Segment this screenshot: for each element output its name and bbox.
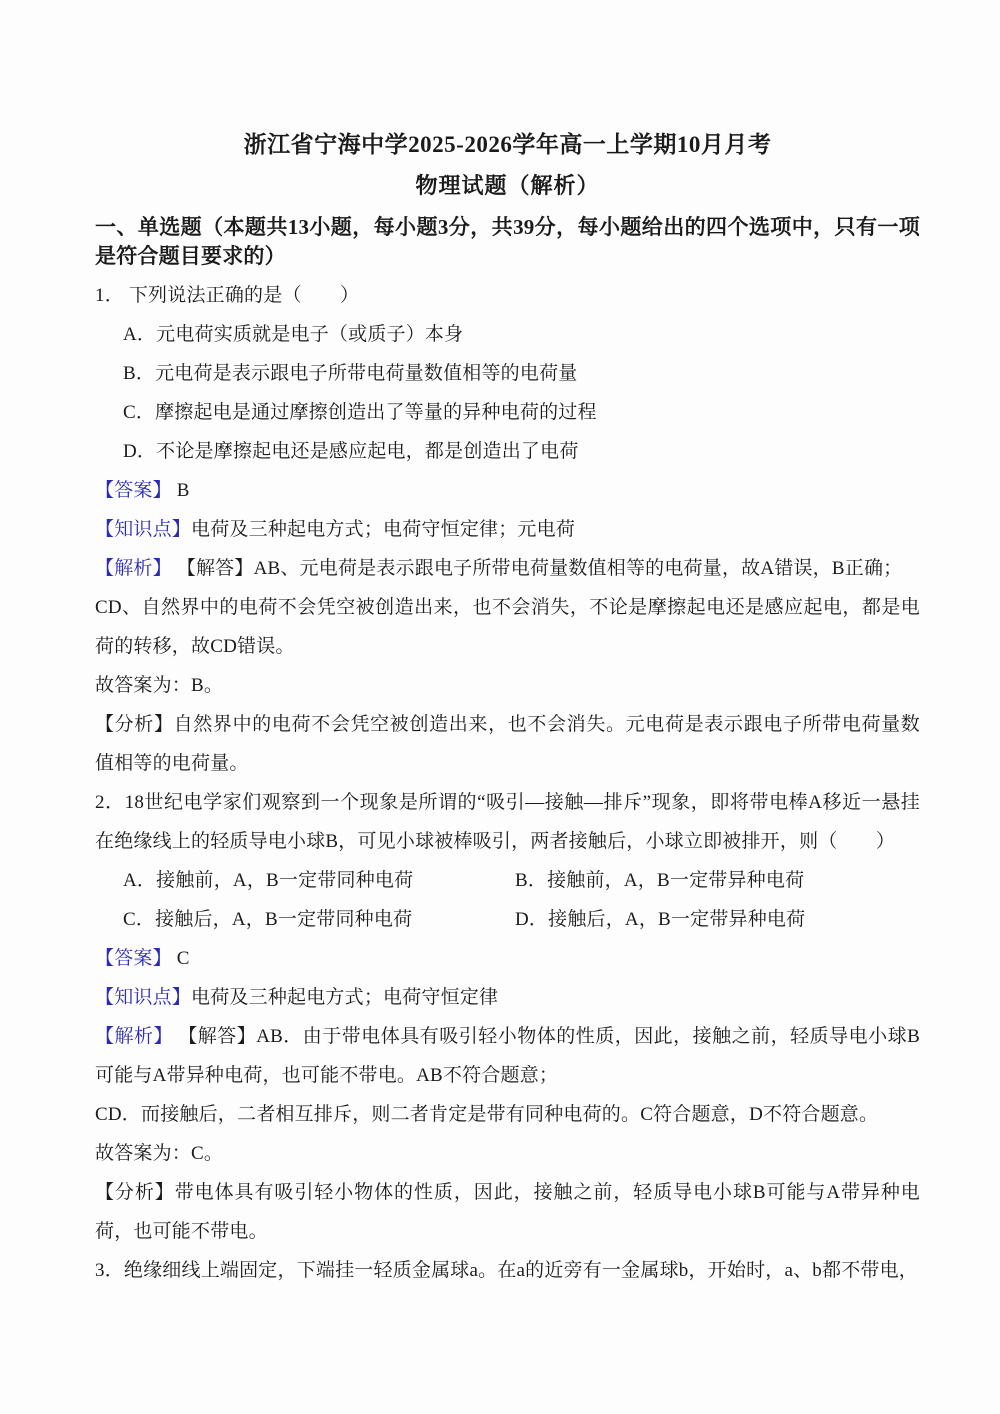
document-content: 1． 下列说法正确的是（ ）A．元电荷实质就是电子（或质子）本身B．元电荷是表示… — [95, 276, 920, 1290]
text-segment: CD．而接触后，二者相互排斥，则二者肯定是带有同种电荷的。C符合题意，D不符合题… — [95, 1104, 878, 1125]
analysis-paragraph: 【分析】带电体具有吸引轻小物体的性质，因此，接触之前，轻质导电小球B可能与A带异… — [95, 1173, 920, 1251]
text-segment: A．元电荷实质就是电子（或质子）本身 — [123, 324, 463, 345]
text-segment: B — [172, 480, 190, 501]
text-segment: D．不论是摩擦起电还是感应起电，都是创造出了电荷 — [123, 441, 579, 462]
text-segment: 【分析】自然界中的电荷不会凭空被创造出来，也不会消失。元电荷是表示跟电子所带电荷… — [95, 714, 920, 774]
text-segment: 故答案为：B。 — [95, 675, 223, 696]
text-segment: CD、自然界中的电荷不会凭空被创造出来，也不会消失，不论是摩擦起电还是感应起电，… — [95, 597, 920, 657]
tag-label: 【答案】 — [95, 948, 172, 969]
text-segment: 【解答】AB．由于带电体具有吸引轻小物体的性质，因此，接触之前，轻质导电小球B可… — [95, 1026, 920, 1086]
tag-label: 【知识点】 — [95, 987, 191, 1008]
option-item: B．元电荷是表示跟电子所带电荷量数值相等的电荷量 — [95, 354, 920, 393]
option-item-left: A．接触前，A，B一定带同种电荷 — [123, 861, 515, 900]
text-segment: 1． 下列说法正确的是（ ） — [95, 285, 359, 306]
text-segment: C — [172, 948, 190, 969]
question-paragraph: 3．绝缘细线上端固定，下端挂一轻质金属球a。在a的近旁有一金属球b，开始时，a、… — [95, 1251, 920, 1290]
text-segment: 电荷及三种起电方式；电荷守恒定律；元电荷 — [191, 519, 575, 540]
option-item-right: B．接触前，A，B一定带异种电荷 — [515, 861, 920, 900]
option-item: A．元电荷实质就是电子（或质子）本身 — [95, 315, 920, 354]
tag-label: 【解析】 — [95, 558, 172, 579]
analysis-paragraph: 【分析】自然界中的电荷不会凭空被创造出来，也不会消失。元电荷是表示跟电子所带电荷… — [95, 705, 920, 783]
tag-label: 【答案】 — [95, 480, 172, 501]
text-segment: 2．18世纪电学家们观察到一个现象是所谓的“吸引—接触—排斥”现象，即将带电棒A… — [95, 792, 920, 852]
text-segment: 3．绝缘细线上端固定，下端挂一轻质金属球a。在a的近旁有一金属球b，开始时，a、… — [95, 1260, 918, 1281]
body-paragraph: CD、自然界中的电荷不会凭空被创造出来，也不会消失，不论是摩擦起电还是感应起电，… — [95, 588, 920, 666]
body-paragraph: 故答案为：B。 — [95, 666, 920, 705]
text-segment: 【解答】AB、元电荷是表示跟电子所带电荷量数值相等的电荷量，故A错误，B正确； — [172, 558, 903, 579]
exam-document-page: 浙江省宁海中学2025-2026学年高一上学期10月月考 物理试题（解析） 一、… — [0, 0, 1000, 1414]
section-heading: 一、单选题（本题共13小题，每小题3分，共39分，每小题给出的四个选项中，只有一… — [95, 213, 920, 271]
document-subtitle: 物理试题（解析） — [95, 172, 920, 200]
text-segment: B．元电荷是表示跟电子所带电荷量数值相等的电荷量 — [123, 363, 577, 384]
option-item: D．不论是摩擦起电还是感应起电，都是创造出了电荷 — [95, 432, 920, 471]
option-item: C．摩擦起电是通过摩擦创造出了等量的异种电荷的过程 — [95, 393, 920, 432]
body-paragraph: CD．而接触后，二者相互排斥，则二者肯定是带有同种电荷的。C符合题意，D不符合题… — [95, 1095, 920, 1134]
document-title: 浙江省宁海中学2025-2026学年高一上学期10月月考 — [95, 130, 920, 160]
option-pair-row: C．接触后，A，B一定带同种电荷D．接触后，A，B一定带异种电荷 — [95, 900, 920, 939]
text-segment: 电荷及三种起电方式；电荷守恒定律 — [191, 987, 498, 1008]
question-paragraph: 1． 下列说法正确的是（ ） — [95, 276, 920, 315]
text-segment: 故答案为：C。 — [95, 1143, 223, 1164]
option-item-right: D．接触后，A，B一定带异种电荷 — [515, 900, 920, 939]
answer-paragraph: 【答案】 C — [95, 939, 920, 978]
knowledge-points-paragraph: 【知识点】电荷及三种起电方式；电荷守恒定律 — [95, 978, 920, 1017]
solution-paragraph: 【解析】 【解答】AB、元电荷是表示跟电子所带电荷量数值相等的电荷量，故A错误，… — [95, 549, 920, 588]
tag-label: 【解析】 — [95, 1026, 173, 1047]
text-segment: C．摩擦起电是通过摩擦创造出了等量的异种电荷的过程 — [123, 402, 597, 423]
question-paragraph: 2．18世纪电学家们观察到一个现象是所谓的“吸引—接触—排斥”现象，即将带电棒A… — [95, 783, 920, 861]
text-segment: 【分析】带电体具有吸引轻小物体的性质，因此，接触之前，轻质导电小球B可能与A带异… — [95, 1182, 920, 1242]
knowledge-points-paragraph: 【知识点】电荷及三种起电方式；电荷守恒定律；元电荷 — [95, 510, 920, 549]
answer-paragraph: 【答案】 B — [95, 471, 920, 510]
option-item-left: C．接触后，A，B一定带同种电荷 — [123, 900, 515, 939]
body-paragraph: 故答案为：C。 — [95, 1134, 920, 1173]
solution-paragraph: 【解析】 【解答】AB．由于带电体具有吸引轻小物体的性质，因此，接触之前，轻质导… — [95, 1017, 920, 1095]
tag-label: 【知识点】 — [95, 519, 191, 540]
option-pair-row: A．接触前，A，B一定带同种电荷B．接触前，A，B一定带异种电荷 — [95, 861, 920, 900]
